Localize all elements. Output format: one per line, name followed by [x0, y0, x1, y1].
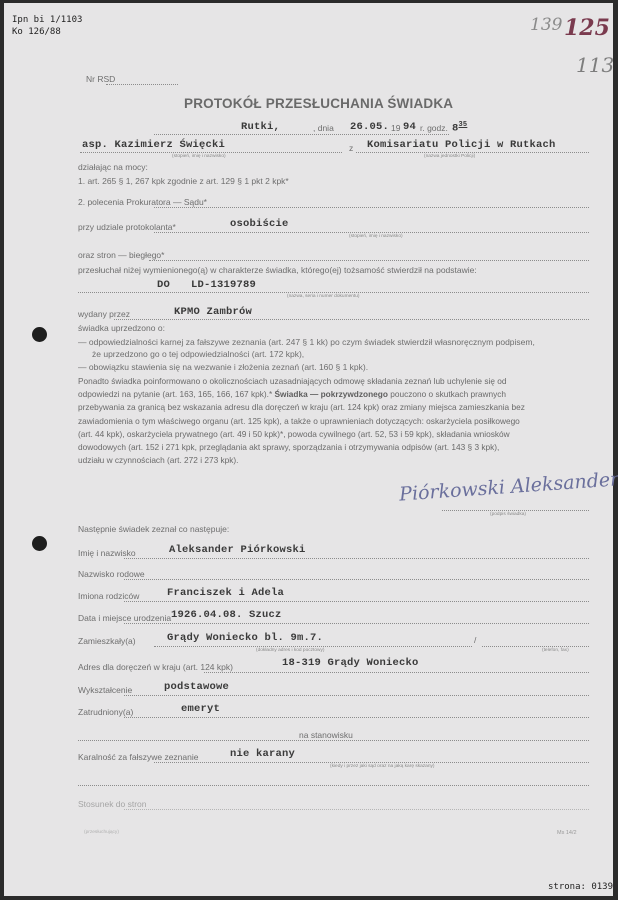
delivery-address-line — [204, 672, 589, 673]
position-line — [78, 740, 589, 741]
pencil-page-number-2: 113 — [576, 53, 614, 77]
rights-paragraph: Ponadto świadka poinformowano o okoliczn… — [78, 375, 525, 467]
nr-rsd-field — [106, 84, 178, 85]
archive-signature-line2: Ko 126/88 — [12, 26, 82, 38]
residence-value: Grądy Woniecko bl. 9m.7. — [167, 632, 323, 644]
witness-signature-caption: (podpis świadka) — [490, 512, 526, 517]
birth-line — [124, 623, 589, 624]
place-value: Rutki, — [241, 121, 280, 133]
maiden-name-line — [124, 579, 589, 580]
document-type: DO — [157, 279, 170, 291]
position-label: na stanowisku — [297, 730, 355, 740]
place-date-line — [154, 134, 449, 135]
relation-line — [124, 809, 589, 810]
unit-caption: (nazwa jednostki Policji) — [424, 154, 475, 159]
pencil-page-number: 139 — [530, 15, 562, 35]
nr-rsd-label: Nr RSD — [86, 74, 115, 84]
legal-basis-label: działając na mocy: — [78, 162, 148, 172]
document-number: LD-1319789 — [191, 279, 256, 291]
unit-line — [356, 152, 589, 153]
recorder-label: przy udziale protokolanta* — [78, 222, 178, 232]
time-label: r. godz. — [420, 123, 448, 133]
legal-basis-item2: 2. polecenia Prokuratora — Sądu* — [78, 197, 209, 207]
parties-line — [149, 260, 589, 261]
archive-signature-line1: Ipn bi 1/1103 — [12, 14, 82, 26]
date-value: 26.05. — [350, 121, 389, 133]
relation-label: Stosunek do stron — [78, 799, 149, 809]
name-label: Imię i nazwisko — [78, 548, 138, 558]
warning-1-line2: że uprzedzono go o tej odpowiedzialności… — [92, 349, 304, 359]
injured-witness-heading: Świadka — pokrzywdzonego — [275, 389, 388, 399]
punch-hole-top — [32, 327, 47, 342]
issued-by-label: wydany przez — [78, 309, 132, 319]
testimony-intro: Następnie świadek zeznał co następuje: — [78, 524, 229, 534]
maiden-name-label: Nazwisko rodowe — [78, 569, 147, 579]
name-value: Aleksander Piórkowski — [169, 544, 306, 556]
recorder-value: osobiście — [230, 218, 289, 230]
identity-statement: przesłuchał niżej wymienionego(ą) w char… — [78, 265, 477, 275]
date-label: , dnia — [313, 123, 336, 133]
hour-value: 835 — [452, 121, 467, 135]
delivery-address-label: Adres dla doręczeń w kraju (art. 124 kpk… — [78, 662, 235, 672]
issued-by-line — [114, 319, 589, 320]
archive-page-label: strona: 0139 — [548, 881, 613, 893]
rights-line5: (art. 44 kpk), oskarżyciela prywatnego (… — [78, 428, 525, 441]
parents-line — [124, 601, 589, 602]
interrogator-caption: (przesłuchujący) — [84, 830, 119, 835]
parents-label: Imiona rodziców — [78, 591, 141, 601]
officer-name: asp. Kazimierz Święcki — [82, 139, 225, 151]
rights-line4: zawiadomienia o tym właściwego organu (a… — [78, 415, 525, 428]
delivery-address-value: 18-319 Grądy Woniecko — [282, 657, 419, 669]
punch-hole-bottom — [32, 536, 47, 551]
education-value: podstawowe — [164, 681, 229, 693]
parents-value: Franciszek i Adela — [167, 587, 284, 599]
recorder-caption: (stopień, imię i nazwisko) — [349, 234, 403, 239]
parties-label: oraz stron — biegłego* — [78, 250, 166, 260]
rights-line6: dowodowych (art. 152 i 271 kpk, przegląd… — [78, 441, 525, 454]
prosecutor-line — [154, 207, 589, 208]
residence-separator: / — [474, 635, 476, 645]
document-page: Ipn bi 1/1103 Ko 126/88 139 125 113 Nr R… — [4, 3, 613, 896]
residence-line — [154, 646, 472, 647]
form-code: Ms 14/2 — [557, 830, 577, 836]
conviction-caption: (kiedy i przez jaki sąd oraz na jaką kar… — [330, 764, 435, 769]
phone-line — [482, 646, 589, 647]
conviction-label: Karalność za fałszywe zeznanie — [78, 752, 200, 762]
education-line — [124, 695, 589, 696]
name-line — [124, 558, 589, 559]
rights-line2: odpowiedzi na pytanie (art. 163, 165, 16… — [78, 388, 525, 401]
birth-value: 1926.04.08. Szucz — [171, 609, 282, 621]
recorder-line — [154, 232, 589, 233]
warning-1-line1: — odpowiedzialności karnej za fałszywe z… — [78, 337, 535, 347]
year-prefix: 19 — [391, 123, 400, 133]
red-page-number: 125 — [564, 15, 610, 41]
archive-signature: Ipn bi 1/1103 Ko 126/88 — [12, 14, 82, 38]
rights-line7: udziału w czynnościach (art. 272 i 273 k… — [78, 454, 525, 467]
conviction-line-2 — [78, 785, 589, 786]
employment-line — [124, 717, 589, 718]
phone-caption: (telefon, fax) — [542, 648, 569, 653]
officer-caption: (stopień, imię i nazwisko) — [172, 154, 226, 159]
document-title: PROTOKÓŁ PRZESŁUCHANIA ŚWIADKA — [184, 96, 453, 111]
witness-signature-line — [442, 510, 589, 511]
document-line — [78, 292, 589, 293]
residence-label: Zamieszkały(a) — [78, 636, 138, 646]
warnings-intro: świadka uprzedzono o: — [78, 323, 165, 333]
from-label: z — [349, 143, 353, 153]
birth-label: Data i miejsce urodzenia — [78, 613, 173, 623]
year-value: 94 — [403, 121, 416, 133]
employment-label: Zatrudniony(a) — [78, 707, 135, 717]
residence-caption: (dokładny adres i kod pocztowy) — [256, 648, 325, 653]
legal-basis-item1: 1. art. 265 § 1, 267 kpk zgodnie z art. … — [78, 176, 289, 186]
police-unit: Komisariatu Policji w Rutkach — [367, 139, 556, 151]
officer-line — [80, 152, 342, 153]
conviction-value: nie karany — [230, 748, 295, 760]
employment-value: emeryt — [181, 703, 220, 715]
rights-line1: Ponadto świadka poinformowano o okoliczn… — [78, 375, 525, 388]
rights-line3: przebywania za granicą bez wskazania adr… — [78, 401, 525, 414]
conviction-line — [154, 762, 589, 763]
education-label: Wykształcenie — [78, 685, 134, 695]
issued-by-value: KPMO Zambrów — [174, 306, 252, 318]
document-caption: (nazwa, seria i numer dokumentu) — [287, 294, 360, 299]
witness-signature: Piórkowski Aleksander — [399, 468, 618, 505]
warning-2: — obowiązku stawienia się na wezwanie i … — [78, 362, 368, 372]
minute-value: 35 — [459, 121, 468, 129]
